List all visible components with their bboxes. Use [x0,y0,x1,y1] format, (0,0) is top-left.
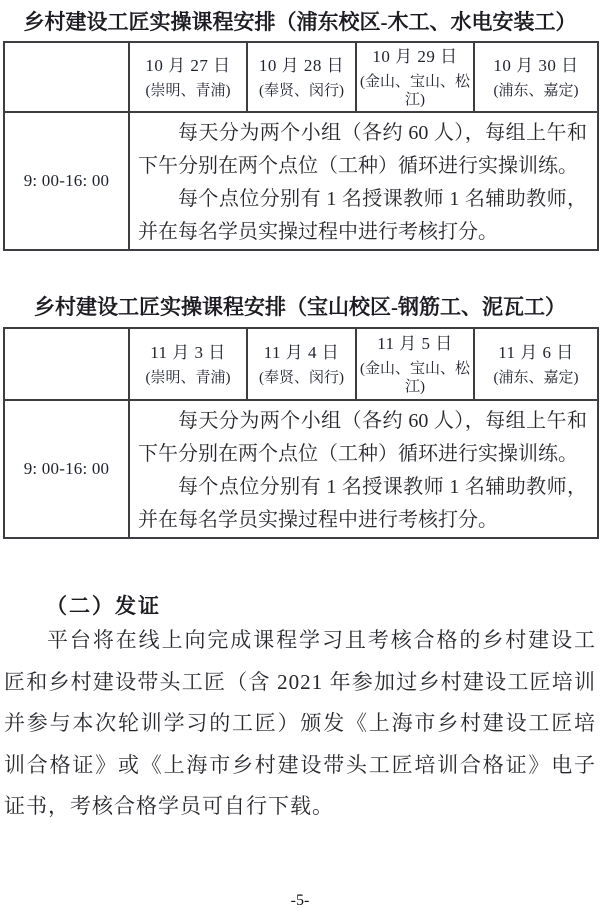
district-label: (奉贤、闵行) [250,82,353,100]
district-label: (浦东、嘉定) [477,369,595,387]
schedule-title-pudong: 乡村建设工匠实操课程安排（浦东校区-木工、水电安装工） [0,6,600,36]
date-header-cell: 11 月 3 日 (崇明、青浦) [129,328,247,400]
time-range-cell: 9: 00-16: 00 [4,112,129,250]
date-label: 10 月 29 日 [359,46,471,68]
schedule-table-baoshan: 11 月 3 日 (崇明、青浦) 11 月 4 日 (奉贤、闵行) 11 月 5… [3,327,599,539]
time-range-cell: 9: 00-16: 00 [4,400,129,538]
description-paragraph: 每天分为两个小组（各约 60 人），每组上午和下午分别在两个点位（工种）循环进行… [138,405,587,471]
date-header-cell: 10 月 27 日 (崇明、青浦) [129,42,247,112]
empty-corner-cell [4,42,129,112]
description-paragraph: 每个点位分别有 1 名授课教师 1 名辅助教师，并在每名学员实操过程中进行考核打… [138,183,587,249]
page-number: -5- [0,892,600,910]
date-header-cell: 11 月 4 日 (奉贤、闵行) [247,328,356,400]
section-heading-certification: （二）发证 [46,590,161,620]
date-label: 10 月 28 日 [250,55,353,77]
date-header-cell: 11 月 6 日 (浦东、嘉定) [474,328,598,400]
description-cell: 每天分为两个小组（各约 60 人），每组上午和下午分别在两个点位（工种）循环进行… [129,400,598,538]
district-label: (金山、宝山、松江) [359,360,471,396]
schedule-title-baoshan: 乡村建设工匠实操课程安排（宝山校区-钢筋工、泥瓦工） [0,291,600,321]
description-paragraph: 每天分为两个小组（各约 60 人），每组上午和下午分别在两个点位（工种）循环进行… [138,117,587,183]
date-label: 10 月 27 日 [132,55,244,77]
certification-paragraph: 平台将在线上向完成课程学习且考核合格的乡村建设工匠和乡村建设带头工匠（含 202… [4,620,596,828]
table-body-row: 9: 00-16: 00 每天分为两个小组（各约 60 人），每组上午和下午分别… [4,112,598,250]
date-header-cell: 10 月 30 日 (浦东、嘉定) [474,42,598,112]
district-label: (金山、宝山、松江) [359,73,471,109]
date-label: 11 月 6 日 [477,342,595,364]
table-header-row: 10 月 27 日 (崇明、青浦) 10 月 28 日 (奉贤、闵行) 10 月… [4,42,598,112]
description-paragraph: 每个点位分别有 1 名授课教师 1 名辅助教师，并在每名学员实操过程中进行考核打… [138,471,587,537]
schedule-table-pudong: 10 月 27 日 (崇明、青浦) 10 月 28 日 (奉贤、闵行) 10 月… [3,41,599,251]
date-label: 11 月 5 日 [359,333,471,355]
table-header-row: 11 月 3 日 (崇明、青浦) 11 月 4 日 (奉贤、闵行) 11 月 5… [4,328,598,400]
date-header-cell: 11 月 5 日 (金山、宝山、松江) [356,328,474,400]
date-header-cell: 10 月 28 日 (奉贤、闵行) [247,42,356,112]
district-label: (崇明、青浦) [132,82,244,100]
district-label: (崇明、青浦) [132,369,244,387]
district-label: (奉贤、闵行) [250,369,353,387]
date-label: 10 月 30 日 [477,55,595,77]
date-header-cell: 10 月 29 日 (金山、宝山、松江) [356,42,474,112]
date-label: 11 月 3 日 [132,342,244,364]
date-label: 11 月 4 日 [250,342,353,364]
table-body-row: 9: 00-16: 00 每天分为两个小组（各约 60 人），每组上午和下午分别… [4,400,598,538]
description-cell: 每天分为两个小组（各约 60 人），每组上午和下午分别在两个点位（工种）循环进行… [129,112,598,250]
district-label: (浦东、嘉定) [477,82,595,100]
empty-corner-cell [4,328,129,400]
